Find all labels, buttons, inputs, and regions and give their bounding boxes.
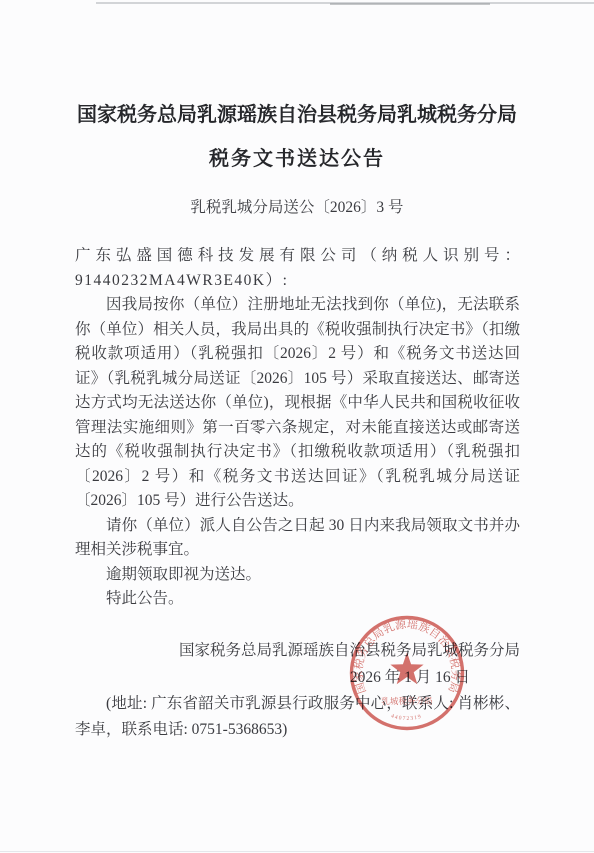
seal-star: [390, 653, 423, 685]
body-paragraph-hereby: 特此公告。: [75, 587, 520, 612]
document-body: 广东弘盛国德科技发展有限公司（纳税人识别号： 91440232MA4WR3E40…: [75, 244, 520, 612]
body-paragraph-overdue: 逾期领取即视为送达。: [75, 563, 520, 588]
scan-artifact-line: [330, 3, 490, 5]
official-seal: 国家税务总局乳源瑶族自治县税务局 乳城税务分局 44072319: [347, 613, 467, 733]
scan-artifact-line: [0, 851, 594, 852]
seal-code-text: 44072319: [390, 713, 423, 722]
recipient-name-line: 广东弘盛国德科技发展有限公司（纳税人识别号：: [75, 244, 520, 269]
document-number: 乳税乳城分局送公〔2026〕3 号: [0, 197, 594, 219]
body-paragraph-main: 因我局按你（单位）注册地址无法找到你（单位)，无法联系你（单位）相关人员，我局出…: [75, 293, 520, 514]
title-line-2: 税务文书送达公告: [0, 137, 594, 181]
seal-branch-label: 乳城税务分局: [381, 695, 433, 706]
document-title: 国家税务总局乳源瑶族自治县税务局乳城税务分局 税务文书送达公告: [0, 93, 594, 181]
taxpayer-id-line: 91440232MA4WR3E40K）:: [75, 269, 520, 294]
title-line-1: 国家税务总局乳源瑶族自治县税务局乳城税务分局: [0, 93, 594, 137]
document-page: 国家税务总局乳源瑶族自治县税务局乳城税务分局 税务文书送达公告 乳税乳城分局送公…: [0, 0, 594, 853]
body-paragraph-notice: 请你（单位）派人自公告之日起 30 日内来我局领取文书并办理相关涉税事宜。: [75, 514, 520, 563]
